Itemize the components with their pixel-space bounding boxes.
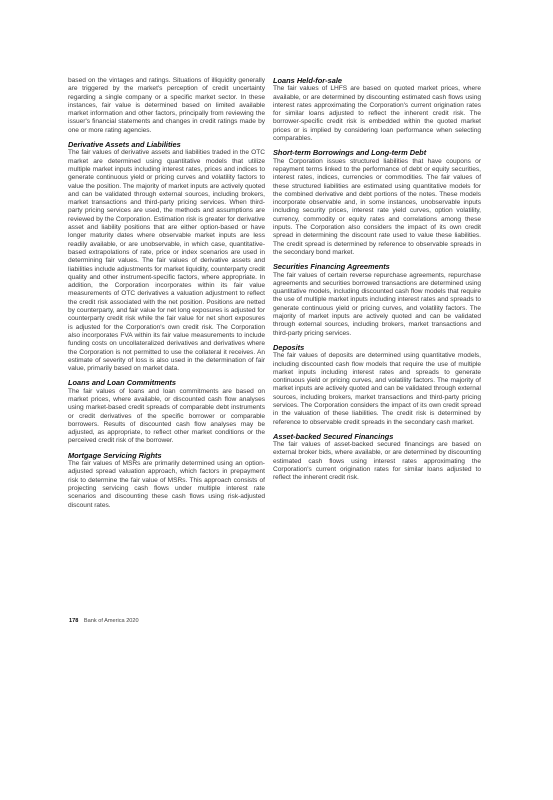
section-heading: Loans Held-for-sale	[273, 77, 481, 85]
section-heading: Deposits	[273, 344, 481, 352]
section-body: The fair values of LHFS are based on quo…	[273, 85, 481, 143]
section-body: The fair values of derivative assets and…	[68, 149, 265, 373]
document-page: based on the vintages and ratings. Situa…	[0, 0, 553, 800]
section-asset-backed: Asset-backed Secured Financings The fair…	[273, 433, 481, 483]
section-body: The fair values of deposits are determin…	[273, 352, 481, 427]
page-number: 178	[69, 618, 78, 624]
section-heading: Derivative Assets and Liabilities	[68, 141, 265, 149]
section-body: The Corporation issues structured liabil…	[273, 158, 481, 258]
left-column: based on the vintages and ratings. Situa…	[68, 77, 265, 516]
section-deposits: Deposits The fair values of deposits are…	[273, 344, 481, 427]
section-loans-commitments: Loans and Loan Commitments The fair valu…	[68, 379, 265, 445]
intro-section: based on the vintages and ratings. Situa…	[68, 77, 265, 135]
section-heading: Short-term Borrowings and Long-term Debt	[273, 149, 481, 157]
section-lhfs: Loans Held-for-sale The fair values of L…	[273, 77, 481, 143]
intro-paragraph: based on the vintages and ratings. Situa…	[68, 77, 265, 135]
publication-name: Bank of America 2020	[84, 618, 139, 624]
section-body: The fair values of loans and loan commit…	[68, 388, 265, 446]
section-heading: Mortgage Servicing Rights	[68, 452, 265, 460]
right-column: Loans Held-for-sale The fair values of L…	[273, 77, 481, 489]
section-heading: Loans and Loan Commitments	[68, 379, 265, 387]
section-derivative-assets: Derivative Assets and Liabilities The fa…	[68, 141, 265, 373]
section-body: The fair values of certain reverse repur…	[273, 272, 481, 338]
section-heading: Asset-backed Secured Financings	[273, 433, 481, 441]
section-securities-financing: Securities Financing Agreements The fair…	[273, 263, 481, 338]
section-msr: Mortgage Servicing Rights The fair value…	[68, 452, 265, 510]
section-borrowings-debt: Short-term Borrowings and Long-term Debt…	[273, 149, 481, 257]
section-body: The fair values of MSRs are primarily de…	[68, 460, 265, 510]
section-heading: Securities Financing Agreements	[273, 263, 481, 271]
page-footer: 178 Bank of America 2020	[69, 618, 139, 624]
section-body: The fair values of asset-backed secured …	[273, 441, 481, 482]
